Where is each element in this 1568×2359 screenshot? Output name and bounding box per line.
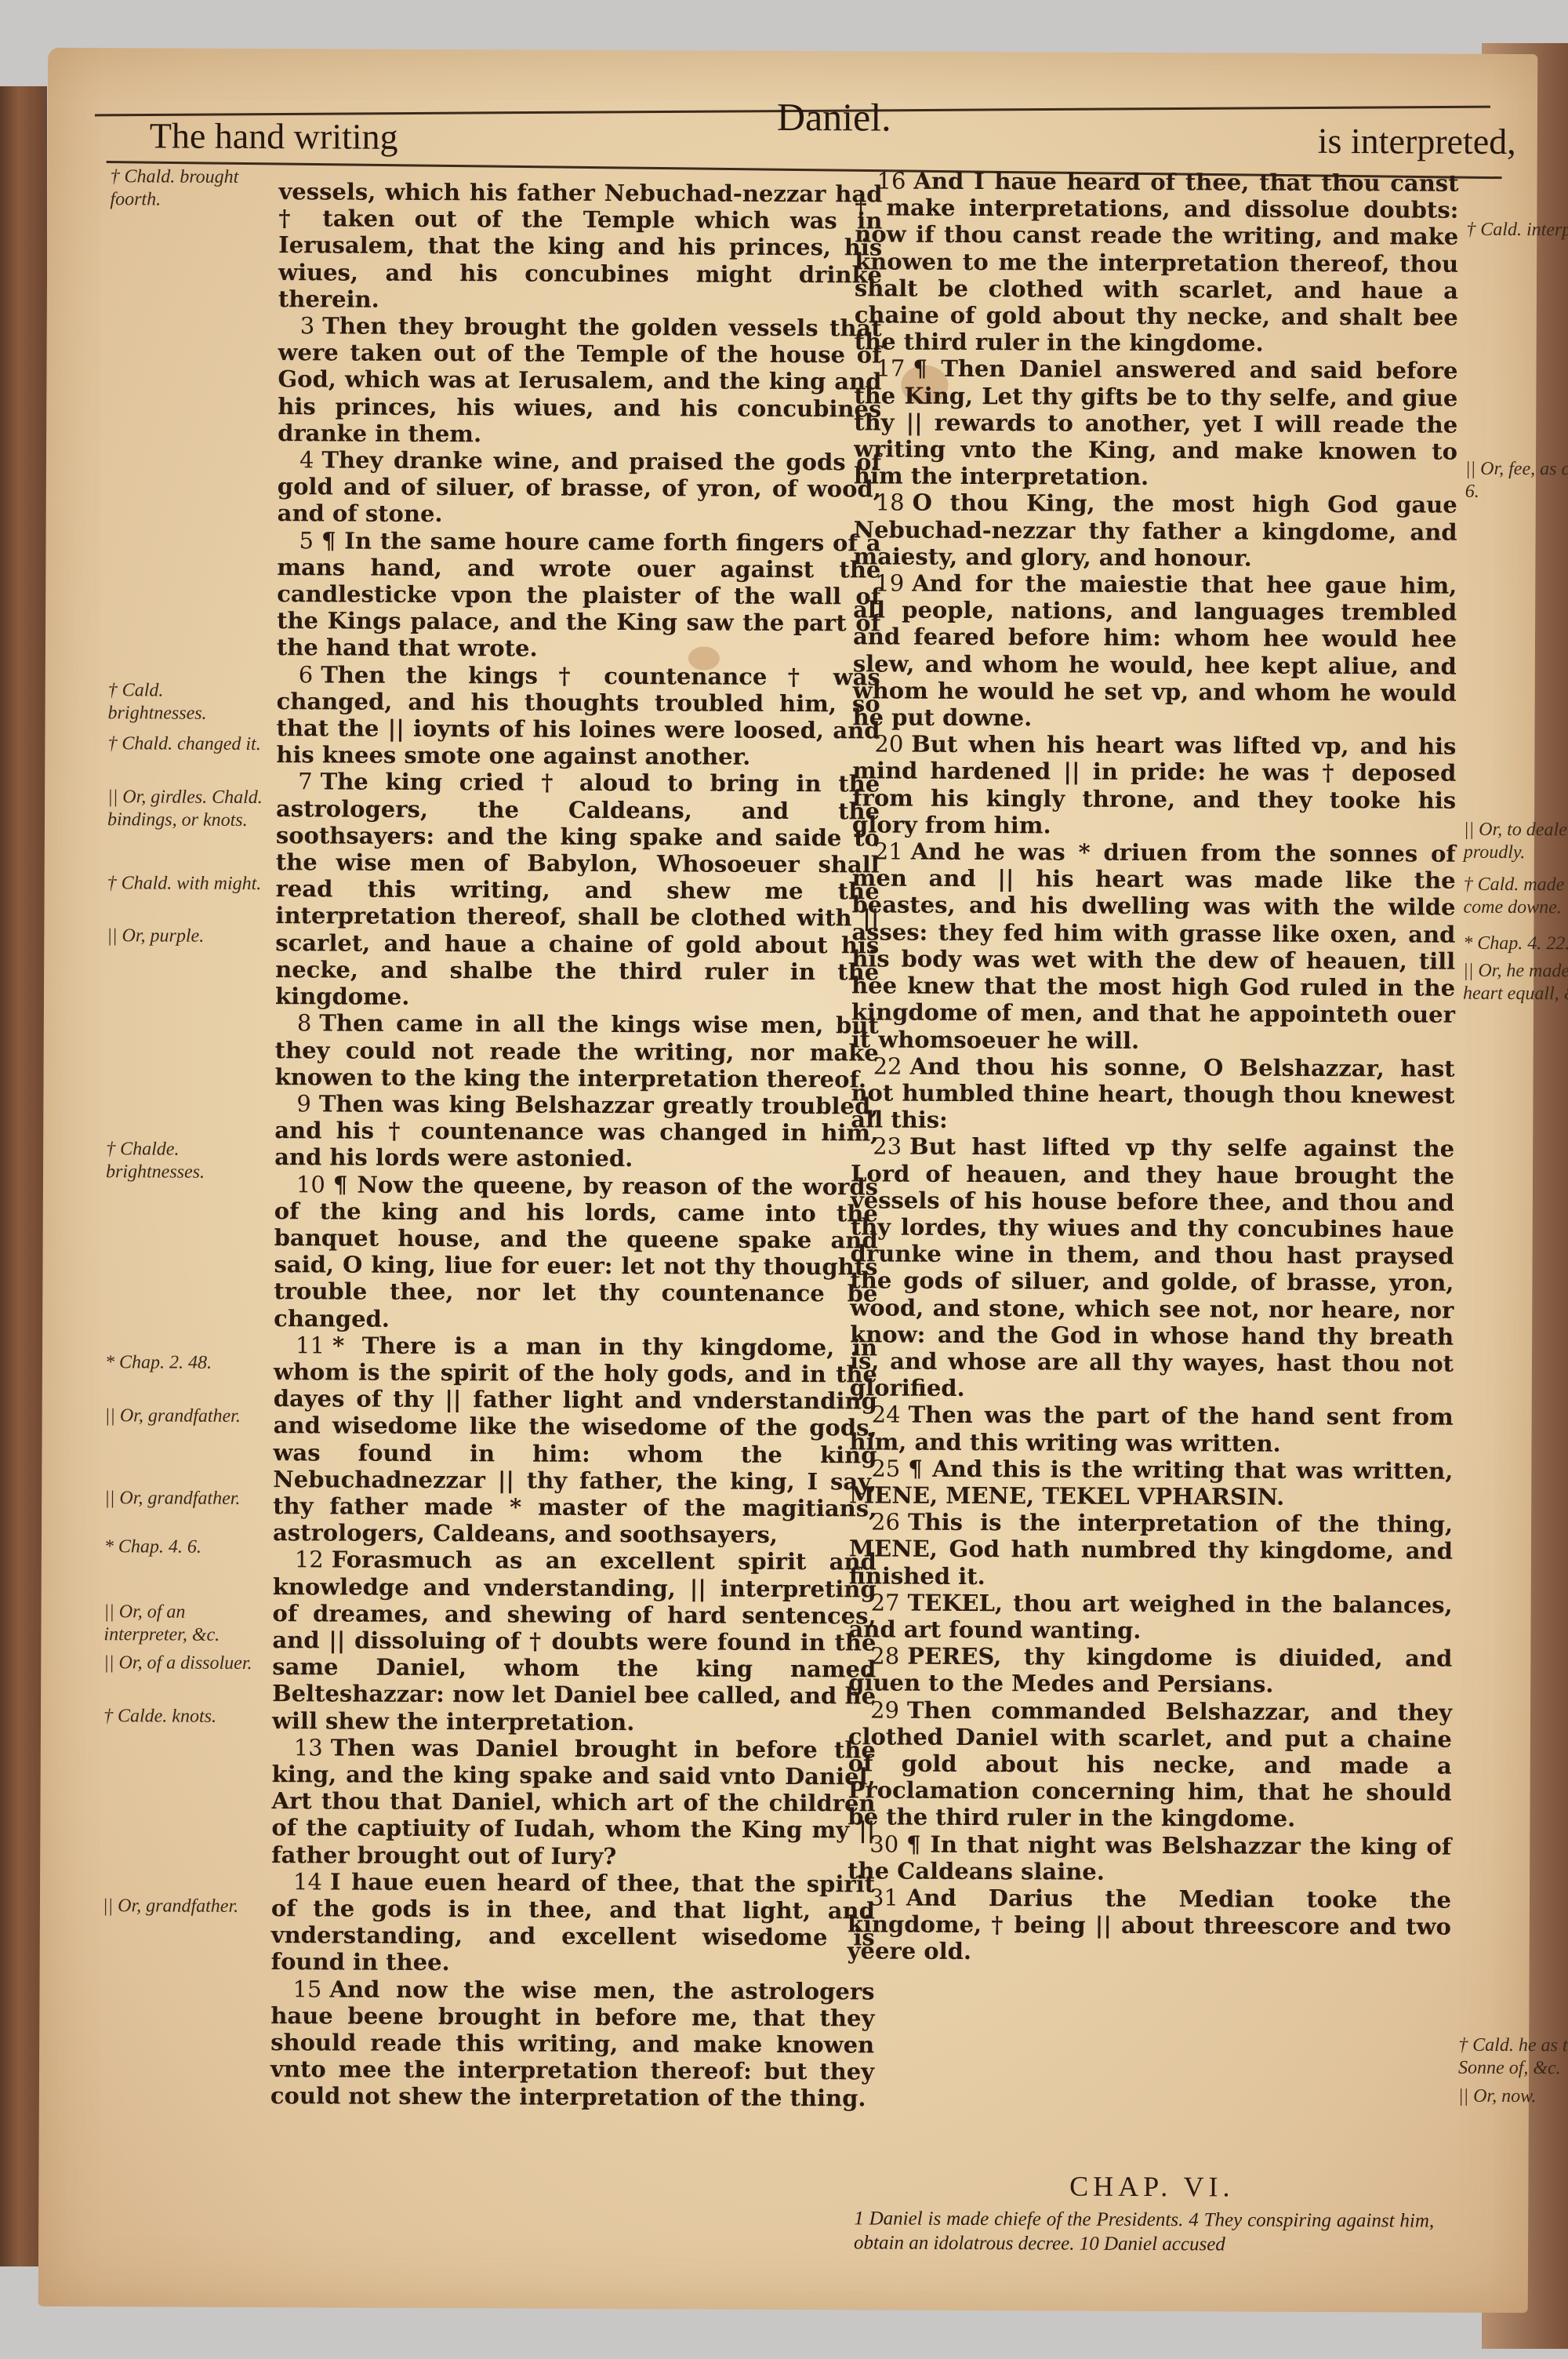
verse: 29Then commanded Belshazzar, and they cl… xyxy=(848,1696,1452,1833)
verse-text: And Darius the Median tooke the kingdome… xyxy=(848,1885,1451,1965)
verse-text: Then was the part of the hand sent from … xyxy=(849,1401,1453,1456)
verse-text: Then was king Belshazzar greatly trouble… xyxy=(274,1090,878,1172)
verse-number: 20 xyxy=(874,731,903,758)
verse: 28PERES, thy kingdome is diuided, and gi… xyxy=(848,1643,1452,1699)
margin-note: † Cald. made to come downe. xyxy=(1463,874,1568,920)
verse-number: 31 xyxy=(869,1884,898,1910)
verse: vessels, which his father Nebuchad-nezza… xyxy=(278,178,883,314)
verse: 8Then came in all the kings wise men, bu… xyxy=(274,1009,878,1092)
verse-text: ¶ Now the queene, by reason of the words… xyxy=(274,1171,878,1332)
verse-text: And thou his sonne, O Belshazzar, hast n… xyxy=(851,1052,1454,1133)
verse-number: 5 xyxy=(299,527,314,554)
verse-number: 17 xyxy=(876,355,905,382)
verse: 27TEKEL, thou art weighed in the balance… xyxy=(848,1589,1452,1645)
verse: 6Then the kings † countenance † was chan… xyxy=(276,661,880,771)
verse: 18O thou King, the most high God gaue Ne… xyxy=(853,489,1457,572)
verse: 21And he was * driuen from the sonnes of… xyxy=(851,838,1456,1055)
verse: 14I haue euen heard of thee, that the sp… xyxy=(271,1868,876,1978)
margin-note: † Cald. brightnesses. xyxy=(108,679,265,725)
verse: 9Then was king Belshazzar greatly troubl… xyxy=(274,1090,878,1173)
verse: 19And for the maiestie that hee gaue him… xyxy=(853,569,1457,733)
verse-number: 19 xyxy=(875,570,904,597)
running-head-center: Daniel. xyxy=(777,94,891,140)
verse-number: 6 xyxy=(299,661,314,688)
verse-number: 8 xyxy=(297,1010,312,1037)
verse-text: ¶ In that night was Belshazzar the king … xyxy=(848,1830,1451,1885)
verse-text: Then they brought the golden vessels tha… xyxy=(278,312,882,447)
verse-number: 25 xyxy=(871,1455,900,1481)
verse-number: 11 xyxy=(296,1332,325,1358)
verse-number: 3 xyxy=(300,312,315,339)
verse-number: 29 xyxy=(870,1696,899,1723)
verse: 20But when his heart was lifted vp, and … xyxy=(852,731,1457,841)
verse-text: But when his heart was lifted vp, and hi… xyxy=(852,731,1457,838)
verse: 15And now the wise men, the astrologers … xyxy=(270,1976,875,2112)
verse-text: Then came in all the kings wise men, but… xyxy=(274,1010,878,1092)
margin-note: † Cald. he as the Sonne of, &c. xyxy=(1458,2034,1568,2081)
verse: 22And thou his sonne, O Belshazzar, hast… xyxy=(851,1052,1454,1136)
verse-number: 4 xyxy=(299,446,314,473)
verse-text: They dranke wine, and praised the gods o… xyxy=(278,446,881,527)
margin-note: || Or, of a dissoluer. xyxy=(103,1652,260,1675)
verse: 4They dranke wine, and praised the gods … xyxy=(278,446,881,529)
book-page: The hand writing Daniel. is interpreted,… xyxy=(38,48,1538,2313)
verse-number: 18 xyxy=(876,489,905,516)
margin-note: || Or, fee, as chap. 2. 6. xyxy=(1465,458,1568,504)
margin-note: || Or, purple. xyxy=(107,925,263,948)
margin-note: * Chap. 2. 48. xyxy=(105,1351,262,1375)
verse-number: 16 xyxy=(877,167,906,194)
verse: 26This is the interpretation of the thin… xyxy=(849,1509,1453,1592)
chapter-heading: CHAP. VI. xyxy=(854,2168,1450,2204)
verse-text: And now the wise men, the astrologers ha… xyxy=(270,1976,875,2112)
verse-number: 23 xyxy=(873,1133,902,1160)
verse: 25¶ And this is the writing that was wri… xyxy=(849,1455,1453,1511)
verse-number: 15 xyxy=(292,1976,321,2002)
margin-note: † Cald. interprete. xyxy=(1466,219,1568,242)
verse-text: But hast lifted vp thy selfe against the… xyxy=(850,1133,1454,1401)
verse: 24Then was the part of the hand sent fro… xyxy=(849,1401,1453,1458)
margin-note: || Or, girdles. Chald. bindings, or knot… xyxy=(107,786,264,832)
right-text-column: 16And I haue heard of thee, that thou ca… xyxy=(848,167,1459,1967)
verse-text: This is the interpretation of the thing,… xyxy=(849,1509,1453,1590)
verse-text: O thou King, the most high God gaue Nebu… xyxy=(853,489,1457,571)
verse-text: ¶ And this is the writing that was writt… xyxy=(849,1455,1453,1510)
margin-note: † Chald. with might. xyxy=(107,872,264,896)
margin-note: * Chap. 4. 6. xyxy=(104,1536,261,1559)
margin-note: || Or, grandfather. xyxy=(104,1487,261,1510)
verse: 16And I haue heard of thee, that thou ca… xyxy=(855,167,1459,358)
margin-note: || Or, now. xyxy=(1458,2085,1568,2109)
verse-text: Then the kings † countenance † was chang… xyxy=(276,661,880,770)
margin-note: || Or, grandfather. xyxy=(103,1895,260,1918)
running-head-right: is interpreted, xyxy=(1318,120,1516,162)
verse-number: 28 xyxy=(870,1643,899,1670)
verse-text: The king cried † aloud to bring in the a… xyxy=(275,769,880,1010)
verse-text: * There is a man in thy kingdome, in who… xyxy=(273,1332,877,1548)
verse-number: 30 xyxy=(869,1830,898,1857)
verse-text: vessels, which his father Nebuchad-nezza… xyxy=(278,178,883,312)
verse-text: And I haue heard of thee, that thou cans… xyxy=(855,168,1459,357)
right-margin-notes: † Cald. interprete.|| Or, fee, as chap. … xyxy=(48,48,1537,54)
margin-note: † Chalde. brightnesses. xyxy=(106,1138,263,1184)
verse-number: 24 xyxy=(872,1401,901,1428)
verse: 30¶ In that night was Belshazzar the kin… xyxy=(848,1830,1451,1887)
verse-number: 22 xyxy=(873,1052,902,1079)
left-text-column: vessels, which his father Nebuchad-nezza… xyxy=(270,178,883,2112)
chapter-summary: 1 Daniel is made chiefe of the President… xyxy=(854,2206,1434,2257)
verse-number: 10 xyxy=(296,1171,325,1198)
verse-number: 21 xyxy=(874,838,903,865)
verse: 3Then they brought the golden vessels th… xyxy=(278,312,882,449)
verse-number: 26 xyxy=(871,1509,900,1536)
verse: 7The king cried † aloud to bring in the … xyxy=(275,769,880,1012)
margin-note: † Chald. brought foorth. xyxy=(110,165,267,212)
verse-text: TEKEL, thou art weighed in the balances,… xyxy=(848,1589,1452,1644)
verse-text: Forasmuch as an excellent spirit and kno… xyxy=(272,1547,877,1736)
verse: 11* There is a man in thy kingdome, in w… xyxy=(273,1332,877,1549)
verse-text: ¶ Then Daniel answered and said before t… xyxy=(854,355,1458,490)
verse: 17¶ Then Daniel answered and said before… xyxy=(854,355,1458,492)
margin-note: † Calde. knots. xyxy=(103,1705,260,1728)
verse-text: ¶ In the same houre came forth fingers o… xyxy=(277,527,881,662)
verse-text: And he was * driuen from the sonnes of m… xyxy=(851,838,1456,1054)
verse-number: 12 xyxy=(295,1547,324,1573)
verse-text: Then commanded Belshazzar, and they clot… xyxy=(848,1696,1452,1832)
verse-text: PERES, thy kingdome is diuided, and giue… xyxy=(848,1643,1452,1698)
verse-number: 7 xyxy=(298,769,313,795)
margin-note: || Or, grandfather. xyxy=(105,1405,262,1428)
verse-number: 27 xyxy=(871,1589,900,1616)
verse: 13Then was Daniel brought in before the … xyxy=(271,1734,876,1870)
margin-note: † Chald. changed it. xyxy=(107,732,264,756)
verse: 12Forasmuch as an excellent spirit and k… xyxy=(272,1546,877,1736)
verse-text: I haue euen heard of thee, that the spir… xyxy=(271,1868,876,1976)
margin-note: || Or, he made his heart equall, &c. xyxy=(1463,960,1568,1006)
running-head-left: The hand writing xyxy=(150,114,398,157)
verse: 10¶ Now the queene, by reason of the wor… xyxy=(274,1171,878,1335)
margin-note: || Or, of an interpreter, &c. xyxy=(103,1601,260,1647)
verse-number: 14 xyxy=(293,1868,322,1895)
verse: 5¶ In the same houre came forth fingers … xyxy=(277,527,881,663)
verse-number: 9 xyxy=(296,1090,311,1117)
margin-note: * Chap. 4. 22. xyxy=(1463,932,1568,956)
verse-number: 13 xyxy=(294,1734,323,1761)
margin-note: || Or, to deale proudly. xyxy=(1464,819,1568,865)
verse-text: Then was Daniel brought in before the ki… xyxy=(271,1734,876,1869)
verse: 23But hast lifted vp thy selfe against t… xyxy=(850,1133,1454,1404)
verse-text: And for the maiestie that hee gaue him, … xyxy=(853,570,1457,732)
left-margin-notes: † Chald. brought foorth.† Cald. brightne… xyxy=(48,48,1537,54)
verse: 31And Darius the Median tooke the kingdo… xyxy=(848,1884,1451,1967)
